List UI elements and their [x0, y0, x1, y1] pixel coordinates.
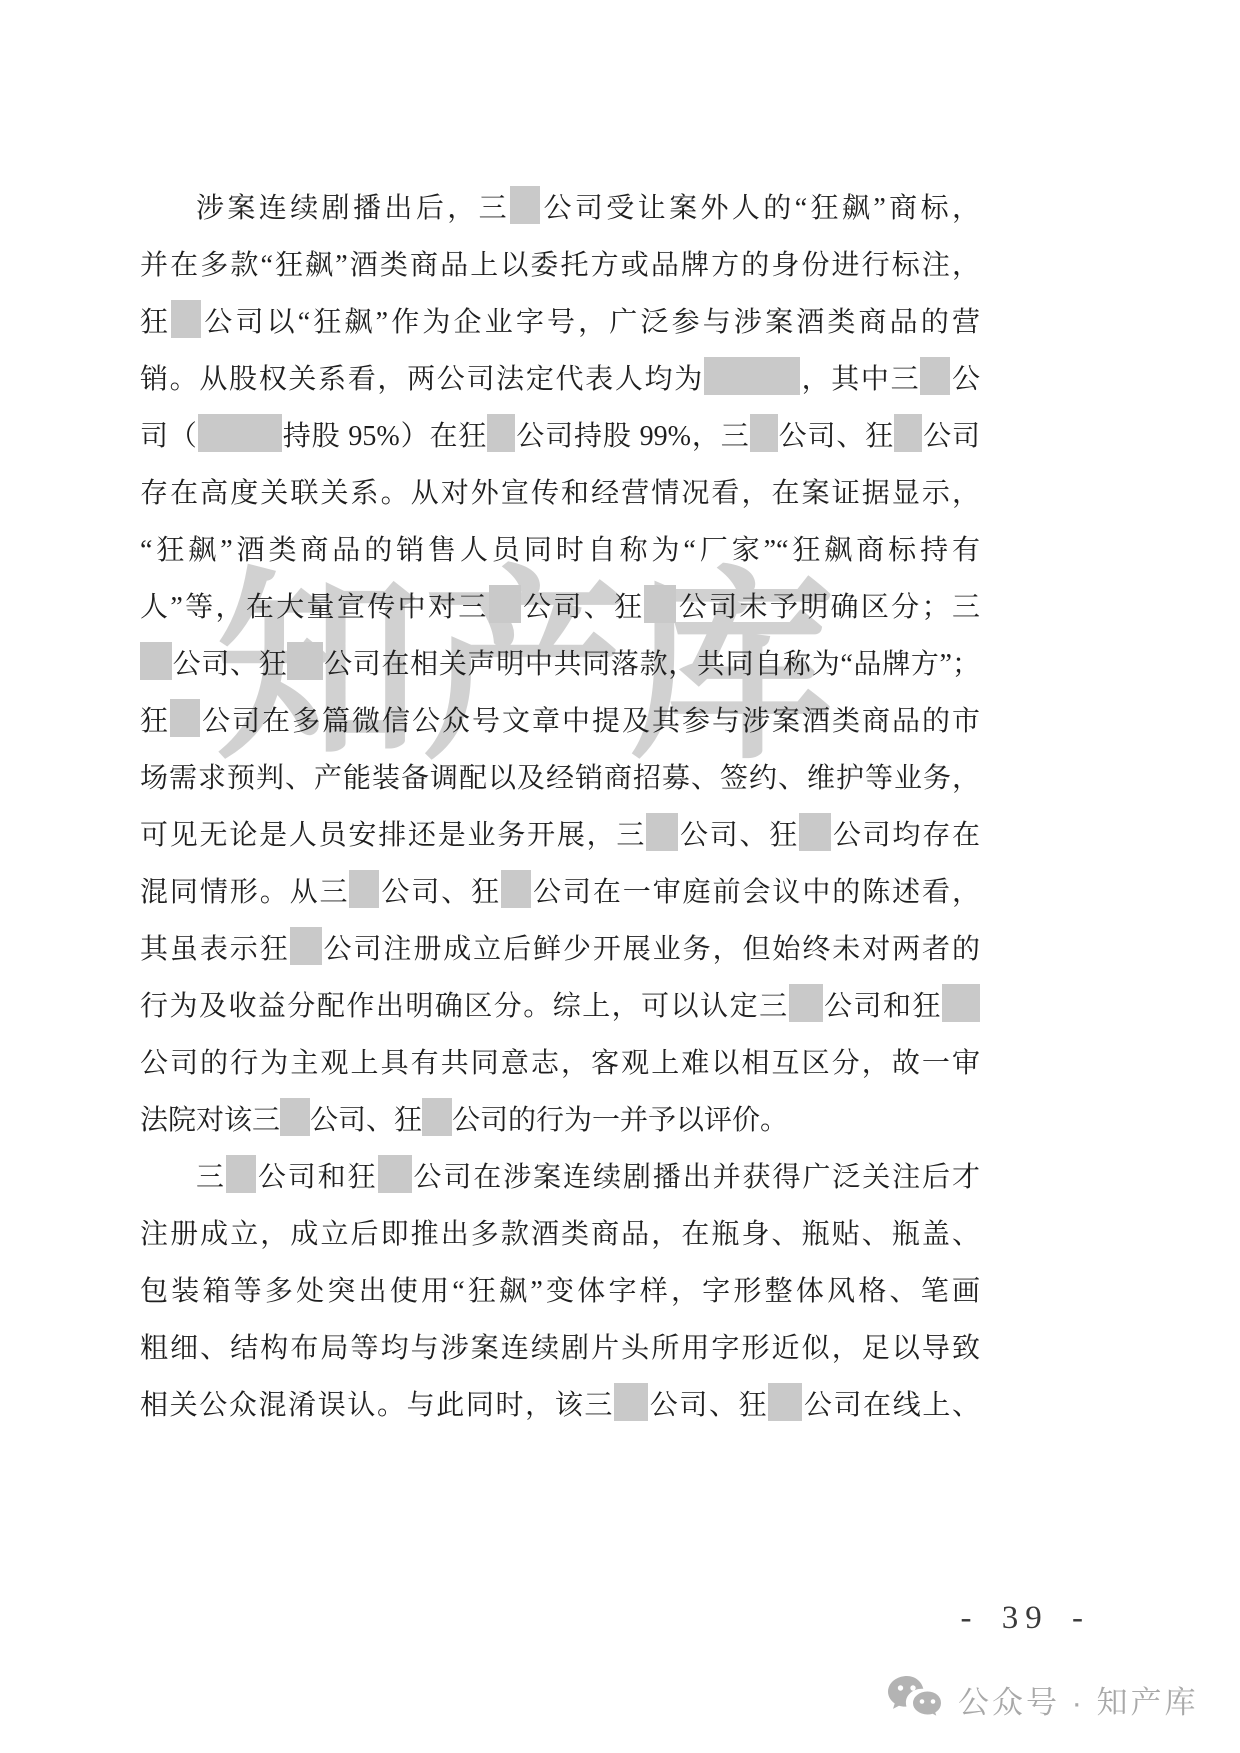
- text-line: 涉案连续剧播出后，三公司受让案外人的“狂飙”商标，: [140, 180, 980, 237]
- redaction-box: [378, 1155, 412, 1193]
- redaction-box: [894, 414, 922, 452]
- text-line: 司（持股 95%）在狂公司持股 99%，三公司、狂公司: [140, 408, 980, 465]
- redaction-box: [646, 813, 678, 851]
- redaction-box: [422, 1098, 452, 1136]
- text-line: 狂公司在多篇微信公众号文章中提及其参与涉案酒类商品的市: [140, 693, 980, 750]
- redaction-box: [768, 1383, 802, 1421]
- redaction-box: [171, 300, 201, 338]
- redaction-box: [489, 585, 521, 623]
- redaction-box: [280, 1098, 310, 1136]
- text-line: 相关公众混淆误认。与此同时，该三公司、狂公司在线上、: [140, 1377, 980, 1434]
- document-page: 知产库 涉案连续剧播出后，三公司受让案外人的“狂飙”商标，并在多款“狂飙”酒类商…: [0, 0, 1240, 1753]
- redaction-box: [140, 642, 172, 680]
- redaction-box: [614, 1383, 648, 1421]
- text-line: 三公司和狂公司在涉案连续剧播出并获得广泛关注后才: [140, 1149, 980, 1206]
- redaction-box: [799, 813, 831, 851]
- redaction-box: [510, 186, 540, 224]
- document-body: 涉案连续剧播出后，三公司受让案外人的“狂飙”商标，并在多款“狂飙”酒类商品上以委…: [140, 180, 980, 1434]
- brand-footer: 公众号 · 知产库: [886, 1674, 1199, 1724]
- text-line: 行为及收益分配作出明确区分。综上，可以认定三公司和狂: [140, 978, 980, 1035]
- redaction-box: [287, 642, 323, 680]
- text-line: 注册成立，成立后即推出多款酒类商品，在瓶身、瓶贴、瓶盖、: [140, 1206, 980, 1263]
- text-line: 狂公司以“狂飙”作为企业字号，广泛参与涉案酒类商品的营: [140, 294, 980, 351]
- text-line: 场需求预判、产能装备调配以及经销商招募、签约、维护等业务，: [140, 750, 980, 807]
- text-line: 粗细、结构布局等均与涉案连续剧片头所用字形近似，足以导致: [140, 1320, 980, 1377]
- text-line: “狂飙”酒类商品的销售人员同时自称为“厂家”“狂飙商标持有: [140, 522, 980, 579]
- redaction-box: [920, 357, 950, 395]
- redaction-box: [704, 357, 800, 395]
- redaction-box: [170, 699, 200, 737]
- text-line: 人”等，在大量宣传中对三公司、狂公司未予明确区分；三: [140, 579, 980, 636]
- text-line: 存在高度关联关系。从对外宣传和经营情况看，在案证据显示，: [140, 465, 980, 522]
- brand-footer-label: 公众号 · 知产库: [958, 1677, 1199, 1722]
- redaction-box: [290, 927, 322, 965]
- redaction-box: [750, 414, 778, 452]
- redaction-box: [644, 585, 676, 623]
- redaction-box: [226, 1155, 256, 1193]
- text-line: 公司的行为主观上具有共同意志，客观上难以相互区分，故一审: [140, 1035, 980, 1092]
- text-line: 混同情形。从三公司、狂公司在一审庭前会议中的陈述看，: [140, 864, 980, 921]
- text-line: 可见无论是人员安排还是业务开展，三公司、狂公司均存在: [140, 807, 980, 864]
- redaction-box: [487, 414, 515, 452]
- redaction-box: [349, 870, 379, 908]
- redaction-box: [501, 870, 531, 908]
- text-line: 公司、狂公司在相关声明中共同落款，共同自称为“品牌方”；: [140, 636, 980, 693]
- text-line: 包装箱等多处突出使用“狂飙”变体字样，字形整体风格、笔画: [140, 1263, 980, 1320]
- redaction-box: [942, 984, 980, 1022]
- text-line: 其虽表示狂公司注册成立后鲜少开展业务，但始终未对两者的: [140, 921, 980, 978]
- redaction-box: [789, 984, 823, 1022]
- page-number: - 39 -: [961, 1600, 1090, 1637]
- redaction-box: [198, 414, 282, 452]
- text-line: 并在多款“狂飙”酒类商品上以委托方或品牌方的身份进行标注，: [140, 237, 980, 294]
- wechat-icon: [886, 1674, 944, 1724]
- text-line: 销。从股权关系看，两公司法定代表人均为，其中三公: [140, 351, 980, 408]
- text-line: 法院对该三公司、狂公司的行为一并予以评价。: [140, 1092, 980, 1149]
